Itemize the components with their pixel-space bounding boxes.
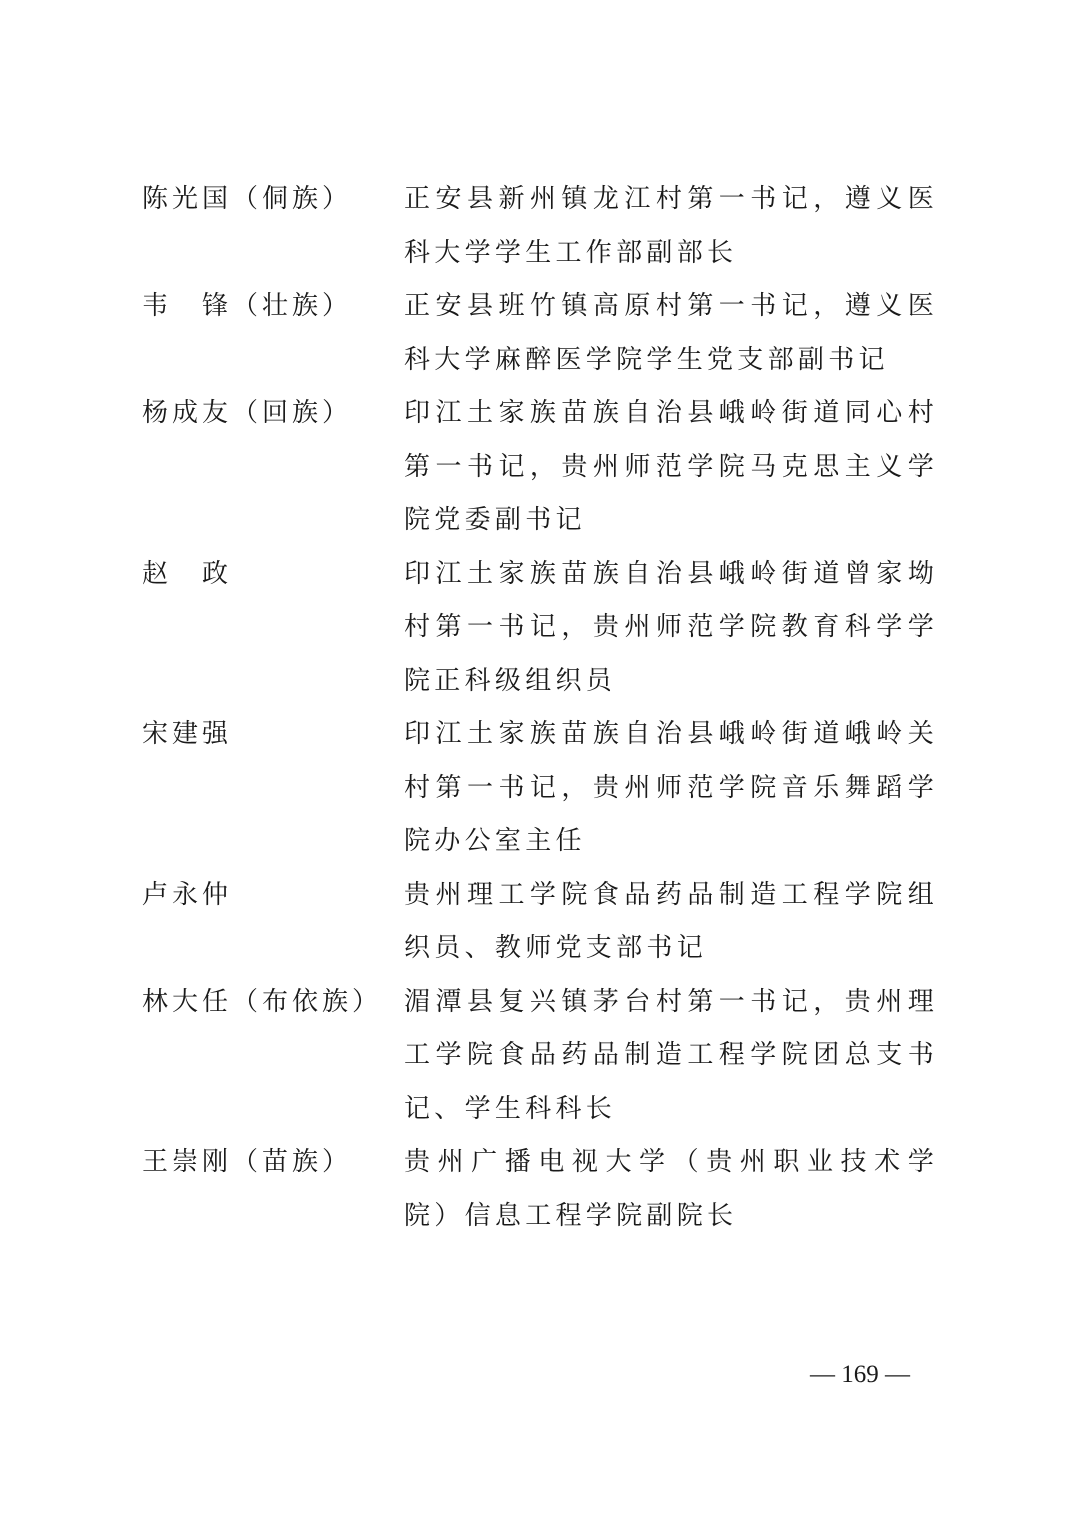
list-item: 林大任（布依族） 湄潭县复兴镇茅台村第一书记，贵州理 工学院食品药品制造工程学院… <box>142 976 942 1137</box>
description-line: 村第一书记，贵州师范学院教育科学学 <box>404 601 938 655</box>
person-name: 卢永仲 <box>142 869 404 923</box>
position-description: 印江土家族苗族自治县峨岭街道曾家坳 村第一书记，贵州师范学院教育科学学 院正科级… <box>404 548 938 709</box>
description-line: 记、学生科科长 <box>404 1083 938 1137</box>
description-line: 贵州广播电视大学（贵州职业技术学 <box>404 1136 938 1190</box>
list-item: 陈光国（侗族） 正安县新州镇龙江村第一书记，遵义医 科大学学生工作部副部长 <box>142 173 942 280</box>
description-line: 村第一书记，贵州师范学院音乐舞蹈学 <box>404 762 938 816</box>
person-name: 宋建强 <box>142 708 404 762</box>
list-item: 王崇刚（苗族） 贵州广播电视大学（贵州职业技术学 院）信息工程学院副院长 <box>142 1136 942 1243</box>
list-item: 宋建强 印江土家族苗族自治县峨岭街道峨岭关 村第一书记，贵州师范学院音乐舞蹈学 … <box>142 708 942 869</box>
description-line: 院党委副书记 <box>404 494 938 548</box>
description-line: 正安县班竹镇高原村第一书记，遵义医 <box>404 280 938 334</box>
list-item: 卢永仲 贵州理工学院食品药品制造工程学院组 织员、教师党支部书记 <box>142 869 942 976</box>
list-item: 韦 锋（壮族） 正安县班竹镇高原村第一书记，遵义医 科大学麻醉医学院学生党支部副… <box>142 280 942 387</box>
personnel-list: 陈光国（侗族） 正安县新州镇龙江村第一书记，遵义医 科大学学生工作部副部长 韦 … <box>142 173 942 1243</box>
description-line: 织员、教师党支部书记 <box>404 922 938 976</box>
description-line: 院办公室主任 <box>404 815 938 869</box>
position-description: 正安县班竹镇高原村第一书记，遵义医 科大学麻醉医学院学生党支部副书记 <box>404 280 938 387</box>
person-name: 林大任（布依族） <box>142 976 404 1030</box>
description-line: 正安县新州镇龙江村第一书记，遵义医 <box>404 173 938 227</box>
description-line: 工学院食品药品制造工程学院团总支书 <box>404 1029 938 1083</box>
list-item: 杨成友（回族） 印江土家族苗族自治县峨岭街道同心村 第一书记，贵州师范学院马克思… <box>142 387 942 548</box>
position-description: 贵州理工学院食品药品制造工程学院组 织员、教师党支部书记 <box>404 869 938 976</box>
description-line: 科大学麻醉医学院学生党支部副书记 <box>404 334 938 388</box>
page-number: — 169 — <box>800 1358 920 1392</box>
position-description: 印江土家族苗族自治县峨岭街道峨岭关 村第一书记，贵州师范学院音乐舞蹈学 院办公室… <box>404 708 938 869</box>
description-line: 印江土家族苗族自治县峨岭街道曾家坳 <box>404 548 938 602</box>
position-description: 印江土家族苗族自治县峨岭街道同心村 第一书记，贵州师范学院马克思主义学 院党委副… <box>404 387 938 548</box>
description-line: 院正科级组织员 <box>404 655 938 709</box>
description-line: 贵州理工学院食品药品制造工程学院组 <box>404 869 938 923</box>
list-item: 赵 政 印江土家族苗族自治县峨岭街道曾家坳 村第一书记，贵州师范学院教育科学学 … <box>142 548 942 709</box>
description-line: 科大学学生工作部副部长 <box>404 227 938 281</box>
person-name: 韦 锋（壮族） <box>142 280 404 334</box>
description-line: 第一书记，贵州师范学院马克思主义学 <box>404 441 938 495</box>
description-line: 湄潭县复兴镇茅台村第一书记，贵州理 <box>404 976 938 1030</box>
person-name: 赵 政 <box>142 548 404 602</box>
description-line: 印江土家族苗族自治县峨岭街道同心村 <box>404 387 938 441</box>
position-description: 正安县新州镇龙江村第一书记，遵义医 科大学学生工作部副部长 <box>404 173 938 280</box>
person-name: 王崇刚（苗族） <box>142 1136 404 1190</box>
position-description: 湄潭县复兴镇茅台村第一书记，贵州理 工学院食品药品制造工程学院团总支书 记、学生… <box>404 976 938 1137</box>
description-line: 印江土家族苗族自治县峨岭街道峨岭关 <box>404 708 938 762</box>
position-description: 贵州广播电视大学（贵州职业技术学 院）信息工程学院副院长 <box>404 1136 938 1243</box>
person-name: 杨成友（回族） <box>142 387 404 441</box>
description-line: 院）信息工程学院副院长 <box>404 1190 938 1244</box>
person-name: 陈光国（侗族） <box>142 173 404 227</box>
